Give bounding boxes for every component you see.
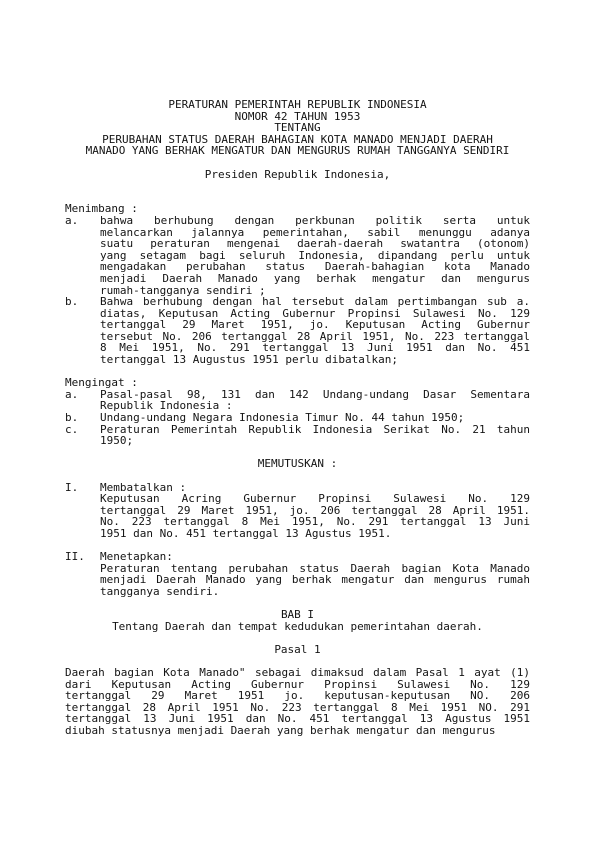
list-item-line: bahwa berhubung dengan perkbunan politik… <box>100 215 530 227</box>
centered-heading: Pasal 1 <box>65 644 530 656</box>
list-item-line: suatu peraturan mengenai daerah-daerah s… <box>100 238 530 250</box>
list-item-line: Peraturan Pemerintah Republik Indonesia … <box>100 424 530 436</box>
list-item-label: b. <box>65 412 78 424</box>
document-page: PERATURAN PEMERINTAH REPUBLIK INDONESIA … <box>0 0 595 842</box>
list-item: a.bahwa berhubung dengan perkbunan polit… <box>65 215 530 296</box>
list-item-line: 1951 dan No. 451 tertanggal 13 Agustus 1… <box>100 528 530 540</box>
centered-heading: BAB ITentang Daerah dan tempat kedudukan… <box>65 609 530 632</box>
list-item: a.Pasal-pasal 98, 131 dan 142 Undang-und… <box>65 389 530 412</box>
centered-heading-line: MEMUTUSKAN : <box>65 458 530 470</box>
list-item-label: a. <box>65 389 78 401</box>
list-item-line: Menetapkan: <box>100 551 530 563</box>
list-item-line: tangganya sendiri. <box>100 586 530 598</box>
centered-heading-line: Pasal 1 <box>65 644 530 656</box>
list-item-label: b. <box>65 296 78 308</box>
paragraph: Daerah bagian Kota Manado" sebagai dimak… <box>65 667 530 737</box>
list-item-line: 1950; <box>100 435 530 447</box>
list-item-label: c. <box>65 424 78 436</box>
list-item-line: Bahwa berhubung dengan hal tersebut dala… <box>100 296 530 308</box>
centered-heading-line: Tentang Daerah dan tempat kedudukan peme… <box>65 621 530 633</box>
list-item: b.Undang-undang Negara Indonesia Timur N… <box>65 412 530 424</box>
centered-heading-line: BAB I <box>65 609 530 621</box>
labeled-list: Menimbang :a.bahwa berhubung dengan perk… <box>65 203 530 365</box>
paragraph-line: diubah statusnya menjadi Daerah yang ber… <box>65 725 530 737</box>
list-item: I.Membatalkan :Keputusan Acring Gubernur… <box>65 482 530 540</box>
document-body: Menimbang :a.bahwa berhubung dengan perk… <box>65 203 530 736</box>
document-title-line: MANADO YANG BERHAK MENGATUR DAN MENGURUS… <box>65 145 530 157</box>
salutation: Presiden Republik Indonesia, <box>65 169 530 181</box>
numbered-list: I.Membatalkan :Keputusan Acring Gubernur… <box>65 482 530 540</box>
list-item: c.Peraturan Pemerintah Republik Indonesi… <box>65 424 530 447</box>
document-title: PERATURAN PEMERINTAH REPUBLIK INDONESIA … <box>65 99 530 157</box>
list-item-label: I. <box>65 482 78 494</box>
document-title-line: PERATURAN PEMERINTAH REPUBLIK INDONESIA <box>65 99 530 111</box>
list-item-line: menjadi Daerah Manado yang berhak mengat… <box>100 273 530 285</box>
paragraph-line: Daerah bagian Kota Manado" sebagai dimak… <box>65 667 530 679</box>
document-content: PERATURAN PEMERINTAH REPUBLIK INDONESIA … <box>0 0 595 737</box>
numbered-list: II.Menetapkan:Peraturan tentang perubaha… <box>65 551 530 597</box>
labeled-list: Mengingat :a.Pasal-pasal 98, 131 dan 142… <box>65 377 530 447</box>
centered-heading: MEMUTUSKAN : <box>65 458 530 470</box>
list-item-line: tertanggal 13 Augustus 1951 perlu dibata… <box>100 354 530 366</box>
list-item-line: Undang-undang Negara Indonesia Timur No.… <box>100 412 530 424</box>
list-item-label: a. <box>65 215 78 227</box>
list-item-label: II. <box>65 551 85 563</box>
list-item: b.Bahwa berhubung dengan hal tersebut da… <box>65 296 530 366</box>
list-item: II.Menetapkan:Peraturan tentang perubaha… <box>65 551 530 597</box>
